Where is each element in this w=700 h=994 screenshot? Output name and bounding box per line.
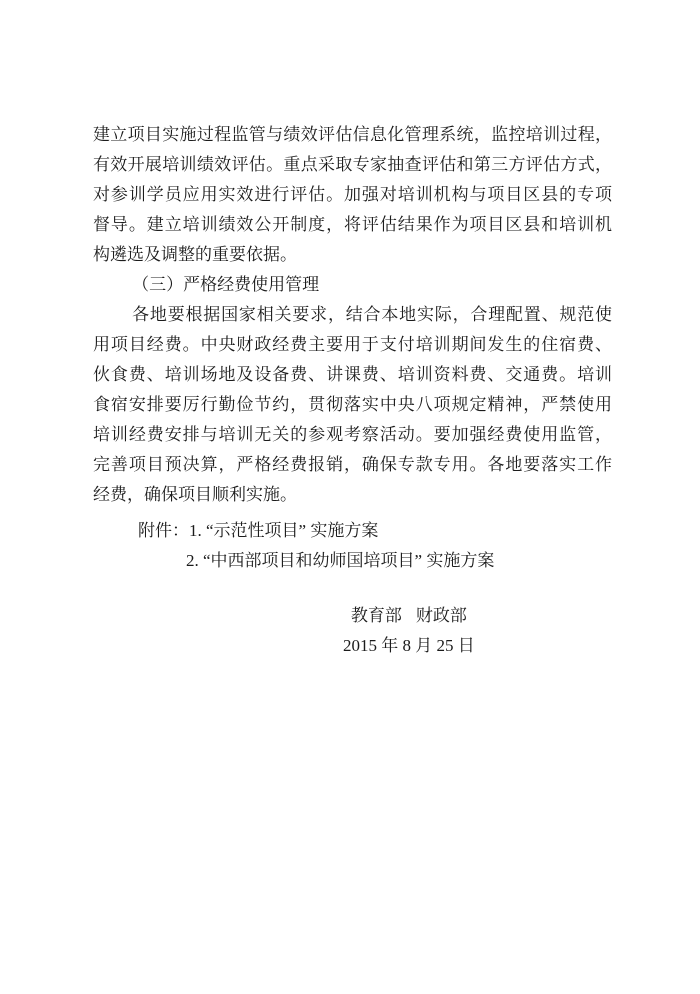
paragraph-monitoring-line: 督导。建立培训绩效公开制度，将评估结果作为项目区县和培训机 <box>93 210 612 240</box>
paragraph-monitoring-line: 有效开展培训绩效评估。重点采取专家抽查评估和第三方评估方式， <box>93 150 612 180</box>
issuer-ministry-of-finance: 财政部 <box>416 601 467 631</box>
signature-issuers: 教育部 财政部 <box>351 601 467 631</box>
attachment-line-1: 附件：1. “示范性项目” 实施方案 <box>93 516 612 546</box>
signature-date: 2015 年 8 月 25 日 <box>343 631 475 661</box>
attachments-block: 附件：1. “示范性项目” 实施方案 2. “中西部项目和幼师国培项目” 实施方… <box>93 516 612 576</box>
paragraph-funding-line: 食宿安排要厉行勤俭节约，贯彻落实中央八项规定精神，严禁使用 <box>93 390 612 420</box>
signature-block: 教育部 财政部 2015 年 8 月 25 日 <box>343 601 475 661</box>
paragraph-funding-line: 用项目经费。中央财政经费主要用于支付培训期间发生的住宿费、 <box>93 330 612 360</box>
paragraph-monitoring-line: 构遴选及调整的重要依据。 <box>93 240 612 270</box>
document-body: 建立项目实施过程监管与绩效评估信息化管理系统，监控培训过程， 有效开展培训绩效评… <box>93 120 612 661</box>
section-heading: （三）严格经费使用管理 <box>93 270 612 300</box>
issuer-ministry-of-education: 教育部 <box>351 601 402 631</box>
paragraph-funding-line: 各地要根据国家相关要求，结合本地实际，合理配置、规范使 <box>93 300 612 330</box>
paragraph-monitoring-line: 对参训学员应用实效进行评估。加强对培训机构与项目区县的专项 <box>93 180 612 210</box>
paragraph-funding-line: 伙食费、培训场地及设备费、讲课费、培训资料费、交通费。培训 <box>93 360 612 390</box>
paragraph-funding-line: 培训经费安排与培训无关的参观考察活动。要加强经费使用监管， <box>93 420 612 450</box>
attachment-line-2: 2. “中西部项目和幼师国培项目” 实施方案 <box>93 546 612 576</box>
document-page: 建立项目实施过程监管与绩效评估信息化管理系统，监控培训过程， 有效开展培训绩效评… <box>0 0 700 994</box>
paragraph-funding-line: 完善项目预决算，严格经费报销，确保专款专用。各地要落实工作 <box>93 450 612 480</box>
paragraph-funding-line: 经费，确保项目顺利实施。 <box>93 480 612 510</box>
paragraph-monitoring-line: 建立项目实施过程监管与绩效评估信息化管理系统，监控培训过程， <box>93 120 612 150</box>
